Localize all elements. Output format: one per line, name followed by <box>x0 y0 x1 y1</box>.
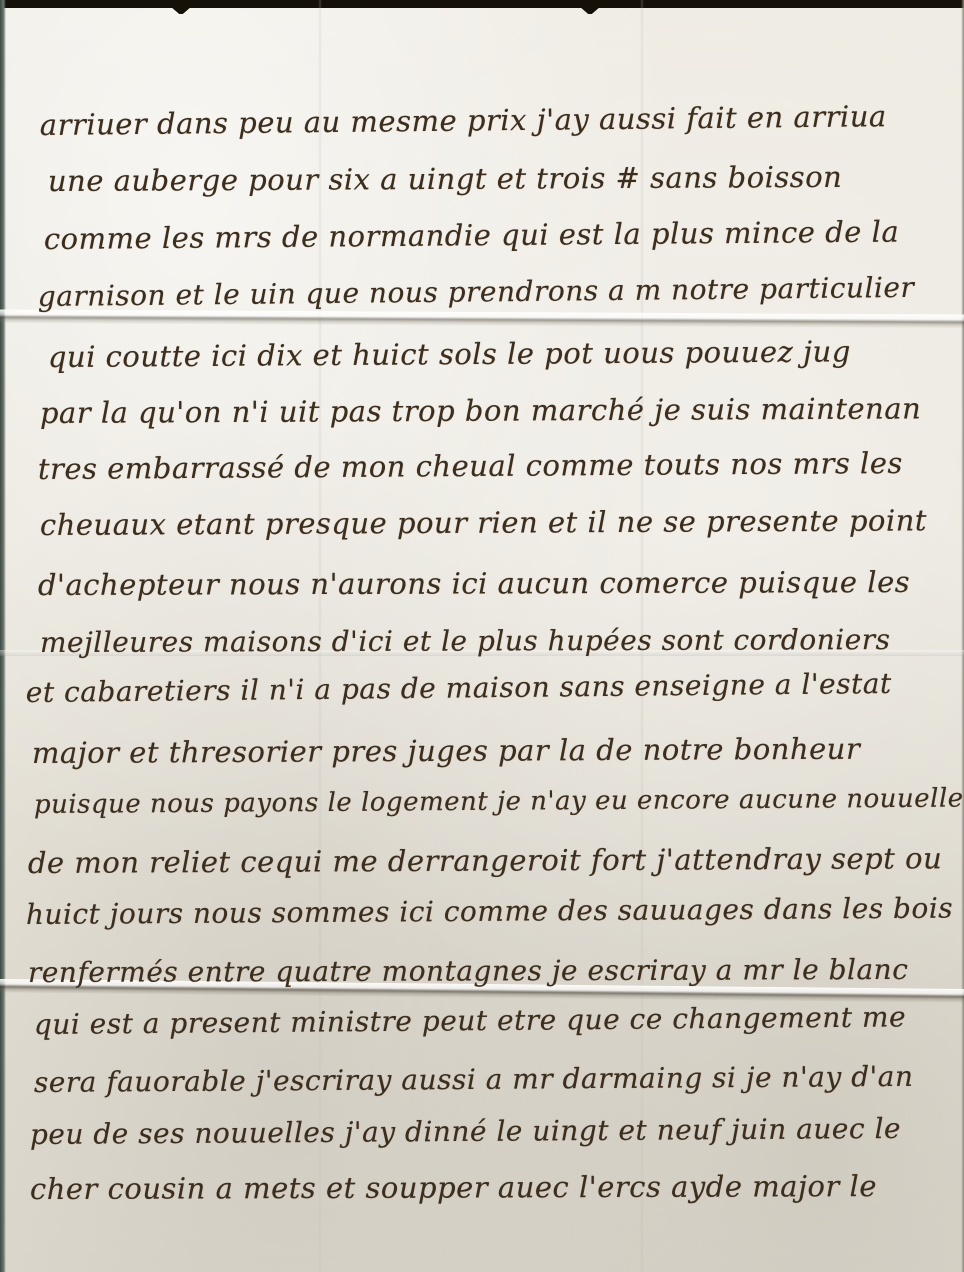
handwritten-line-20: cher cousin a mets et soupper auec l'erc… <box>30 1169 877 1206</box>
handwritten-line-12: major et thresorier pres juges par la de… <box>32 732 861 770</box>
handwritten-line-9: d'achepteur nous n'aurons ici aucun come… <box>38 565 910 602</box>
handwritten-line-10: mejlleures maisons d'ici et le plus hupé… <box>40 623 891 659</box>
handwritten-line-14: de mon reliet cequi me derrangeroit fort… <box>28 841 942 880</box>
handwritten-line-1: arriuer dans peu au mesme prix j'ay auss… <box>40 99 887 142</box>
handwritten-line-6: par la qu'on n'i uit pas trop bon marché… <box>40 391 922 430</box>
handwritten-line-18: sera fauorable j'escriray aussi a mr dar… <box>34 1060 914 1099</box>
handwritten-line-2: une auberge pour six a uingt et trois # … <box>48 160 843 198</box>
handwritten-line-4: garnison et le uin que nous prendrons a … <box>38 271 915 313</box>
handwritten-line-15: huict jours nous sommes ici comme des sa… <box>26 892 953 931</box>
handwritten-line-7: tres embarrassé de mon cheual comme tout… <box>38 446 903 486</box>
handwritten-line-8: cheuaux etant presque pour rien et il ne… <box>40 503 927 542</box>
handwritten-text-block: arriuer dans peu au mesme prix j'ay auss… <box>0 0 964 1272</box>
handwritten-line-5: qui coutte ici dix et huict sols le pot … <box>48 334 851 374</box>
handwritten-line-13: puisque nous payons le logement je n'ay … <box>34 784 964 820</box>
handwritten-line-19: peu de ses nouuelles j'ay dinné le uingt… <box>30 1112 901 1151</box>
handwritten-line-16: renfermés entre quatre montagnes je escr… <box>28 953 909 989</box>
letter-page: arriuer dans peu au mesme prix j'ay auss… <box>0 0 964 1272</box>
handwritten-line-17: qui est a present ministre peut etre que… <box>34 1000 907 1041</box>
handwritten-line-3: comme les mrs de normandie qui est la pl… <box>44 215 900 256</box>
handwritten-line-11: et cabaretiers il n'i a pas de maison sa… <box>26 667 892 709</box>
